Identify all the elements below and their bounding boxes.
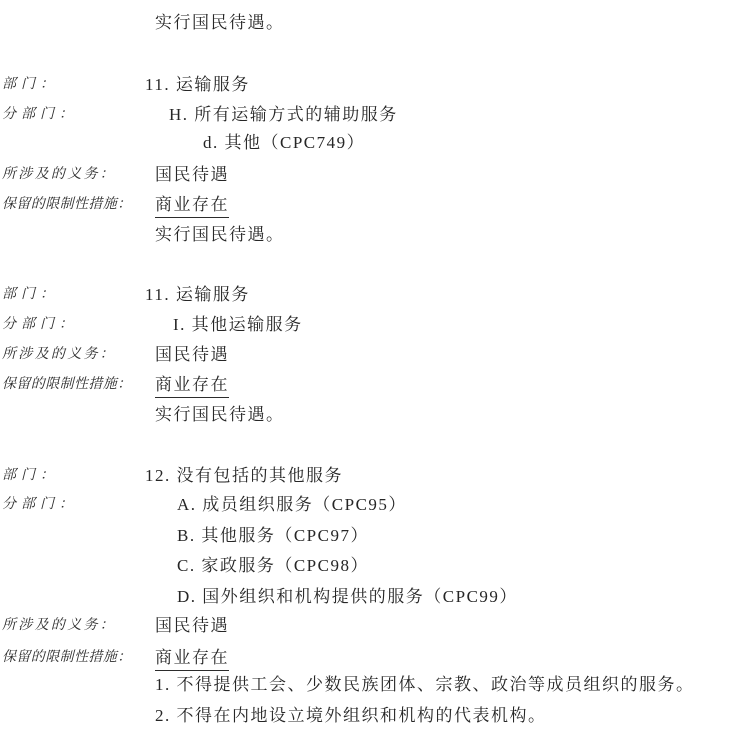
limitation-item: 实行国民待遇。 (155, 404, 285, 426)
subsector-item: C. 家政服务（CPC98） (177, 555, 369, 577)
carryover-line: 实行国民待遇。 (155, 12, 285, 34)
obligations-label: 所涉及的义务： (2, 166, 116, 184)
obligations-row: 所涉及的义务： 国民待遇 (0, 344, 744, 366)
limitation-item-row: 实行国民待遇。 (0, 224, 744, 246)
subsector-subitem: d. 其他（CPC749） (203, 132, 365, 154)
obligations-label: 所涉及的义务： (2, 617, 116, 635)
limitation-item: 2. 不得在内地设立境外组织和机构的代表机构。 (155, 705, 547, 727)
limitation-item: 实行国民待遇。 (155, 224, 285, 246)
limitation-item-row: 实行国民待遇。 (0, 404, 744, 426)
subsector-item-row: B. 其他服务（CPC97） (0, 525, 744, 547)
limitations-label: 保留的限制性措施： (2, 376, 132, 394)
sector-label: 部门： (2, 76, 59, 94)
subsector-label: 分部门： (2, 316, 78, 334)
sector-value: 11. 运输服务 (145, 284, 250, 306)
limitation-item-row: 1. 不得提供工会、少数民族团体、宗教、政治等成员组织的服务。 (0, 674, 744, 696)
carryover-row: 实行国民待遇。 (0, 12, 744, 34)
sector-value: 11. 运输服务 (145, 74, 250, 96)
subsector-row: 分部门： I. 其他运输服务 (0, 314, 744, 336)
subsector-item: H. 所有运输方式的辅助服务 (169, 104, 398, 126)
obligations-value: 国民待遇 (155, 344, 229, 366)
sector-value: 12. 没有包括的其他服务 (145, 465, 343, 487)
obligations-value: 国民待遇 (155, 164, 229, 186)
sector-row: 部门： 11. 运输服务 (0, 284, 744, 306)
limitation-item-row: 2. 不得在内地设立境外组织和机构的代表机构。 (0, 705, 744, 727)
subsector-item: D. 国外组织和机构提供的服务（CPC99） (177, 586, 518, 608)
sector-label: 部门： (2, 467, 59, 485)
document-page: 实行国民待遇。 部门： 11. 运输服务 分部门： H. 所有运输方式的辅助服务… (0, 0, 744, 755)
obligations-value: 国民待遇 (155, 615, 229, 637)
subsector-item-row: D. 国外组织和机构提供的服务（CPC99） (0, 586, 744, 608)
obligations-row: 所涉及的义务： 国民待遇 (0, 615, 744, 637)
subsector-item: A. 成员组织服务（CPC95） (177, 494, 407, 516)
limitations-heading: 商业存在 (155, 194, 229, 218)
subsector-row: 分部门： H. 所有运输方式的辅助服务 (0, 104, 744, 126)
sector-row: 部门： 11. 运输服务 (0, 74, 744, 96)
obligations-label: 所涉及的义务： (2, 346, 116, 364)
limitations-heading: 商业存在 (155, 374, 229, 398)
subsector-label: 分部门： (2, 496, 78, 514)
subsector-item: I. 其他运输服务 (173, 314, 303, 336)
subsector-label: 分部门： (2, 106, 78, 124)
subsector-item: B. 其他服务（CPC97） (177, 525, 369, 547)
limitations-heading: 商业存在 (155, 647, 229, 671)
limitations-label: 保留的限制性措施： (2, 649, 132, 667)
subsector-subitem-row: d. 其他（CPC749） (0, 132, 744, 154)
limitations-row: 保留的限制性措施： 商业存在 (0, 647, 744, 669)
subsector-row: 分部门： A. 成员组织服务（CPC95） (0, 494, 744, 516)
limitations-label: 保留的限制性措施： (2, 196, 132, 214)
sector-label: 部门： (2, 286, 59, 304)
subsector-item-row: C. 家政服务（CPC98） (0, 555, 744, 577)
sector-row: 部门： 12. 没有包括的其他服务 (0, 465, 744, 487)
limitation-item: 1. 不得提供工会、少数民族团体、宗教、政治等成员组织的服务。 (155, 674, 695, 696)
limitations-row: 保留的限制性措施： 商业存在 (0, 374, 744, 396)
limitations-row: 保留的限制性措施： 商业存在 (0, 194, 744, 216)
obligations-row: 所涉及的义务： 国民待遇 (0, 164, 744, 186)
